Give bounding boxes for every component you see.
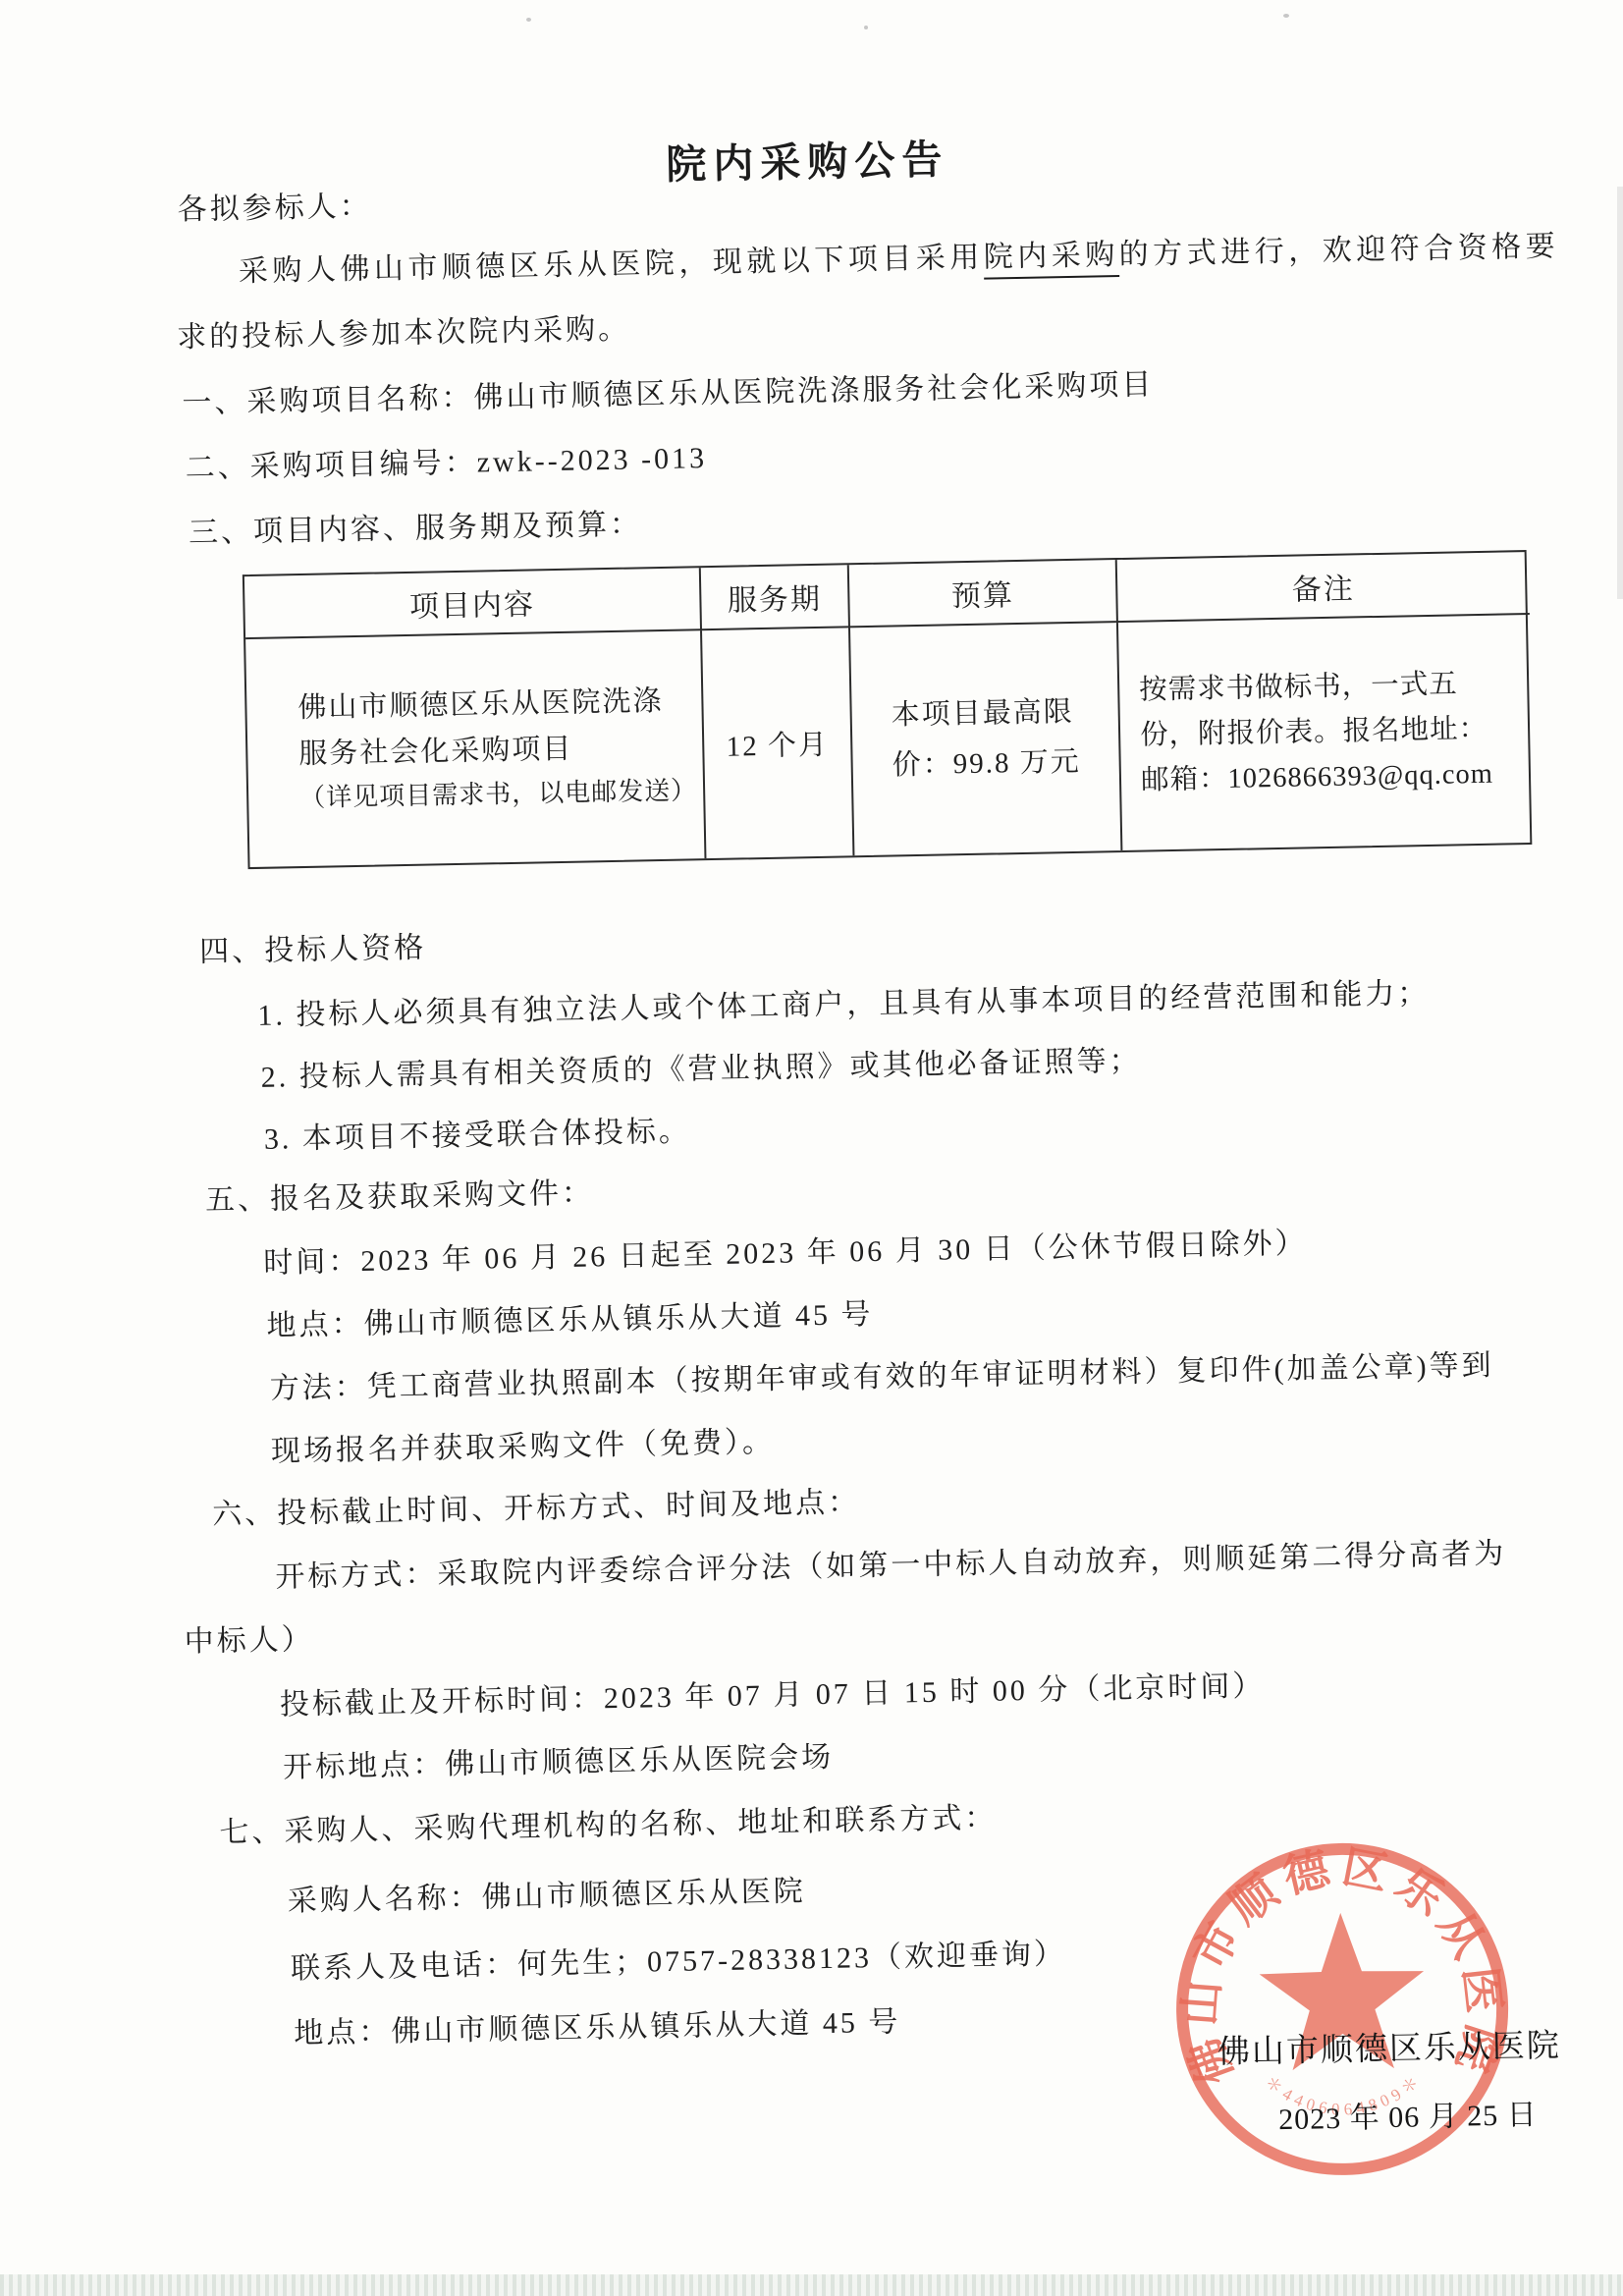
qualification-item-1: 1. 投标人必须具有独立法人或个体工商户，且具有从事本项目的经营范围和能力； (257, 979, 1430, 1031)
remark-line-2: 份，附报价表。报名地址： (1140, 707, 1488, 759)
registration-time: 时间：2023 年 06 月 26 日起至 2023 年 06 月 30 日（公… (263, 1229, 1308, 1278)
bidding-place: 开标地点：佛山市顺德区乐从医院会场 (283, 1743, 834, 1783)
remark-line-3: 邮箱：1026866393@qq.com (1141, 752, 1494, 804)
table-header-remark: 备注 (1115, 552, 1530, 623)
qualification-item-3: 3. 本项目不接受联合体投标。 (264, 1117, 691, 1154)
scan-speck (1283, 14, 1289, 18)
contact-heading: 七、采购人、采购代理机构的名称、地址和联系方式： (219, 1804, 997, 1848)
scan-speck (526, 18, 531, 22)
bidding-deadline: 投标截止及开标时间：2023 年 07 月 07 日 15 时 00 分（北京时… (280, 1671, 1266, 1720)
budget-line-2: 价：99.8 万元 (892, 738, 1081, 791)
qualification-item-2: 2. 投标人需具有相关资质的《营业执照》或其他必备证照等； (260, 1047, 1141, 1093)
intro-line-1: 采购人佛山市顺德区乐从医院，现就以下项目采用院内采购的方式进行，欢迎符合资格要 (239, 232, 1560, 287)
content-line-2: 服务社会化采购项目 (298, 727, 573, 778)
scan-edge-shadow (1617, 187, 1623, 599)
scan-speck (864, 26, 868, 29)
registration-method-line-2: 现场报名并获取采购文件（免费）。 (271, 1428, 775, 1467)
qualification-heading: 四、投标人资格 (199, 934, 427, 967)
content-line-3: （详见项目需求书，以电邮发送） (299, 770, 696, 819)
item-project-name: 一、采购项目名称：佛山市顺德区乐从医院洗涤服务社会化采购项目 (182, 370, 1154, 418)
table-cell-remark: 按需求书做标书，一式五 份，附报价表。报名地址： 邮箱：1026866393@q… (1116, 615, 1534, 850)
table-header-budget: 预算 (847, 560, 1116, 628)
intro-underlined-term: 院内采购 (983, 239, 1119, 280)
contact-phone: 联系人及电话：何先生；0757-28338123（欢迎垂询） (291, 1940, 1066, 1984)
item-content-heading: 三、项目内容、服务期及预算： (189, 510, 642, 548)
table-header-content: 项目内容 (244, 568, 700, 639)
intro-line-1-post: 的方式进行，欢迎符合资格要 (1118, 230, 1559, 271)
registration-place: 地点：佛山市顺德区乐从镇乐从大道 45 号 (266, 1300, 873, 1341)
table-header-period: 服务期 (699, 565, 848, 630)
registration-heading: 五、报名及获取采购文件： (205, 1178, 595, 1216)
remark-line-1: 按需求书做标书，一式五 (1139, 662, 1458, 713)
salutation: 各拟参标人： (177, 192, 372, 226)
content-line-1: 佛山市顺德区乐从医院洗涤 (298, 679, 664, 732)
document-content: 院内采购公告 各拟参标人： 采购人佛山市顺德区乐从医院，现就以下项目采用院内采购… (0, 0, 1623, 2296)
bidding-method-line-2: 中标人） (184, 1625, 314, 1658)
signature-org: 佛山市顺德区乐从医院 (1217, 2020, 1561, 2073)
project-table: 项目内容 服务期 预算 备注 佛山市顺德区乐从医院洗涤 服务社会化采购项目 （详… (243, 550, 1533, 869)
bidding-heading: 六、投标截止时间、开标方式、时间及地点： (212, 1488, 860, 1530)
scan-bottom-edge (0, 2274, 1623, 2296)
bidding-method-line-1: 开标方式：采取院内评委综合评分法（如第一中标人自动放弃，则顺延第二得分高者为 (275, 1540, 1506, 1593)
table-cell-budget: 本项目最高限 价：99.8 万元 (848, 623, 1120, 855)
budget-line-1: 本项目最高限 (891, 687, 1074, 740)
intro-line-1-pre: 采购人佛山市顺德区乐从医院，现就以下项目采用 (239, 242, 984, 289)
contact-purchaser: 采购人名称：佛山市顺德区乐从医院 (288, 1877, 806, 1916)
contact-address: 地点：佛山市顺德区乐从镇乐从大道 45 号 (294, 2008, 900, 2050)
table-cell-period: 12 个月 (700, 628, 852, 858)
item-project-number: 二、采购项目编号：zwk--2023 -013 (185, 444, 707, 483)
signature-date: 2023 年 06 月 25 日 (1278, 2090, 1538, 2138)
table-cell-content: 佛山市顺德区乐从医院洗涤 服务社会化采购项目 （详见项目需求书，以电邮发送） (245, 630, 704, 867)
intro-line-2: 求的投标人参加本次院内采购。 (177, 315, 630, 354)
registration-method-line-1: 方法：凭工商营业执照副本（按期年审或有效的年审证明材料）复印件(加盖公章)等到 (269, 1351, 1493, 1404)
page-title: 院内采购公告 (0, 114, 1604, 203)
official-seal: 佛山市顺德区乐从医院 ＊4406064809＊ (1142, 1809, 1542, 2210)
scanned-document-page: 院内采购公告 各拟参标人： 采购人佛山市顺德区乐从医院，现就以下项目采用院内采购… (0, 0, 1623, 2296)
